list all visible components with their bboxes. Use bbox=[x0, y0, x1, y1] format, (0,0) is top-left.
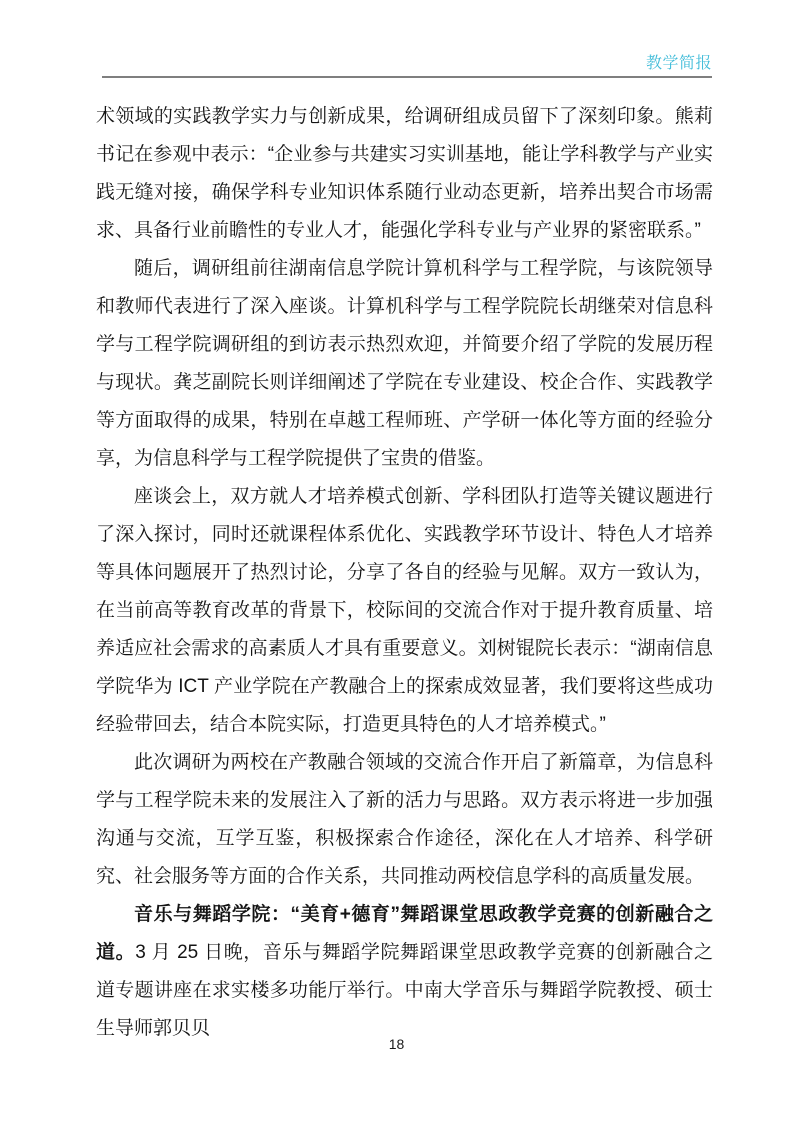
paragraph: 座谈会上，双方就人才培养模式创新、学科团队打造等关键议题进行了深入探讨，同时还就… bbox=[96, 478, 713, 744]
paragraph: 术领域的实践教学实力与创新成果，给调研组成员留下了深刻印象。熊莉书记在参观中表示… bbox=[96, 98, 713, 250]
paragraph: 音乐与舞蹈学院：“美育+德育”舞蹈课堂思政教学竞赛的创新融合之道。3 月 25 … bbox=[96, 896, 713, 1048]
header-title: 教学简报 bbox=[646, 55, 712, 72]
paragraph: 此次调研为两校在产教融合领域的交流合作开启了新篇章，为信息科学与工程学院未来的发… bbox=[96, 744, 713, 896]
page-header: 教学简报 bbox=[102, 50, 712, 78]
page-body: 术领域的实践教学实力与创新成果，给调研组成员留下了深刻印象。熊莉书记在参观中表示… bbox=[96, 98, 713, 1048]
page-number: 18 bbox=[0, 1036, 793, 1052]
paragraph: 随后，调研组前往湖南信息学院计算机科学与工程学院，与该院领导和教师代表进行了深入… bbox=[96, 250, 713, 478]
paragraph-text: 3 月 25 日晚，音乐与舞蹈学院舞蹈课堂思政教学竞赛的创新融合之道专题讲座在求… bbox=[96, 942, 713, 1039]
document-page: 教学简报 术领域的实践教学实力与创新成果，给调研组成员留下了深刻印象。熊莉书记在… bbox=[0, 0, 793, 1122]
